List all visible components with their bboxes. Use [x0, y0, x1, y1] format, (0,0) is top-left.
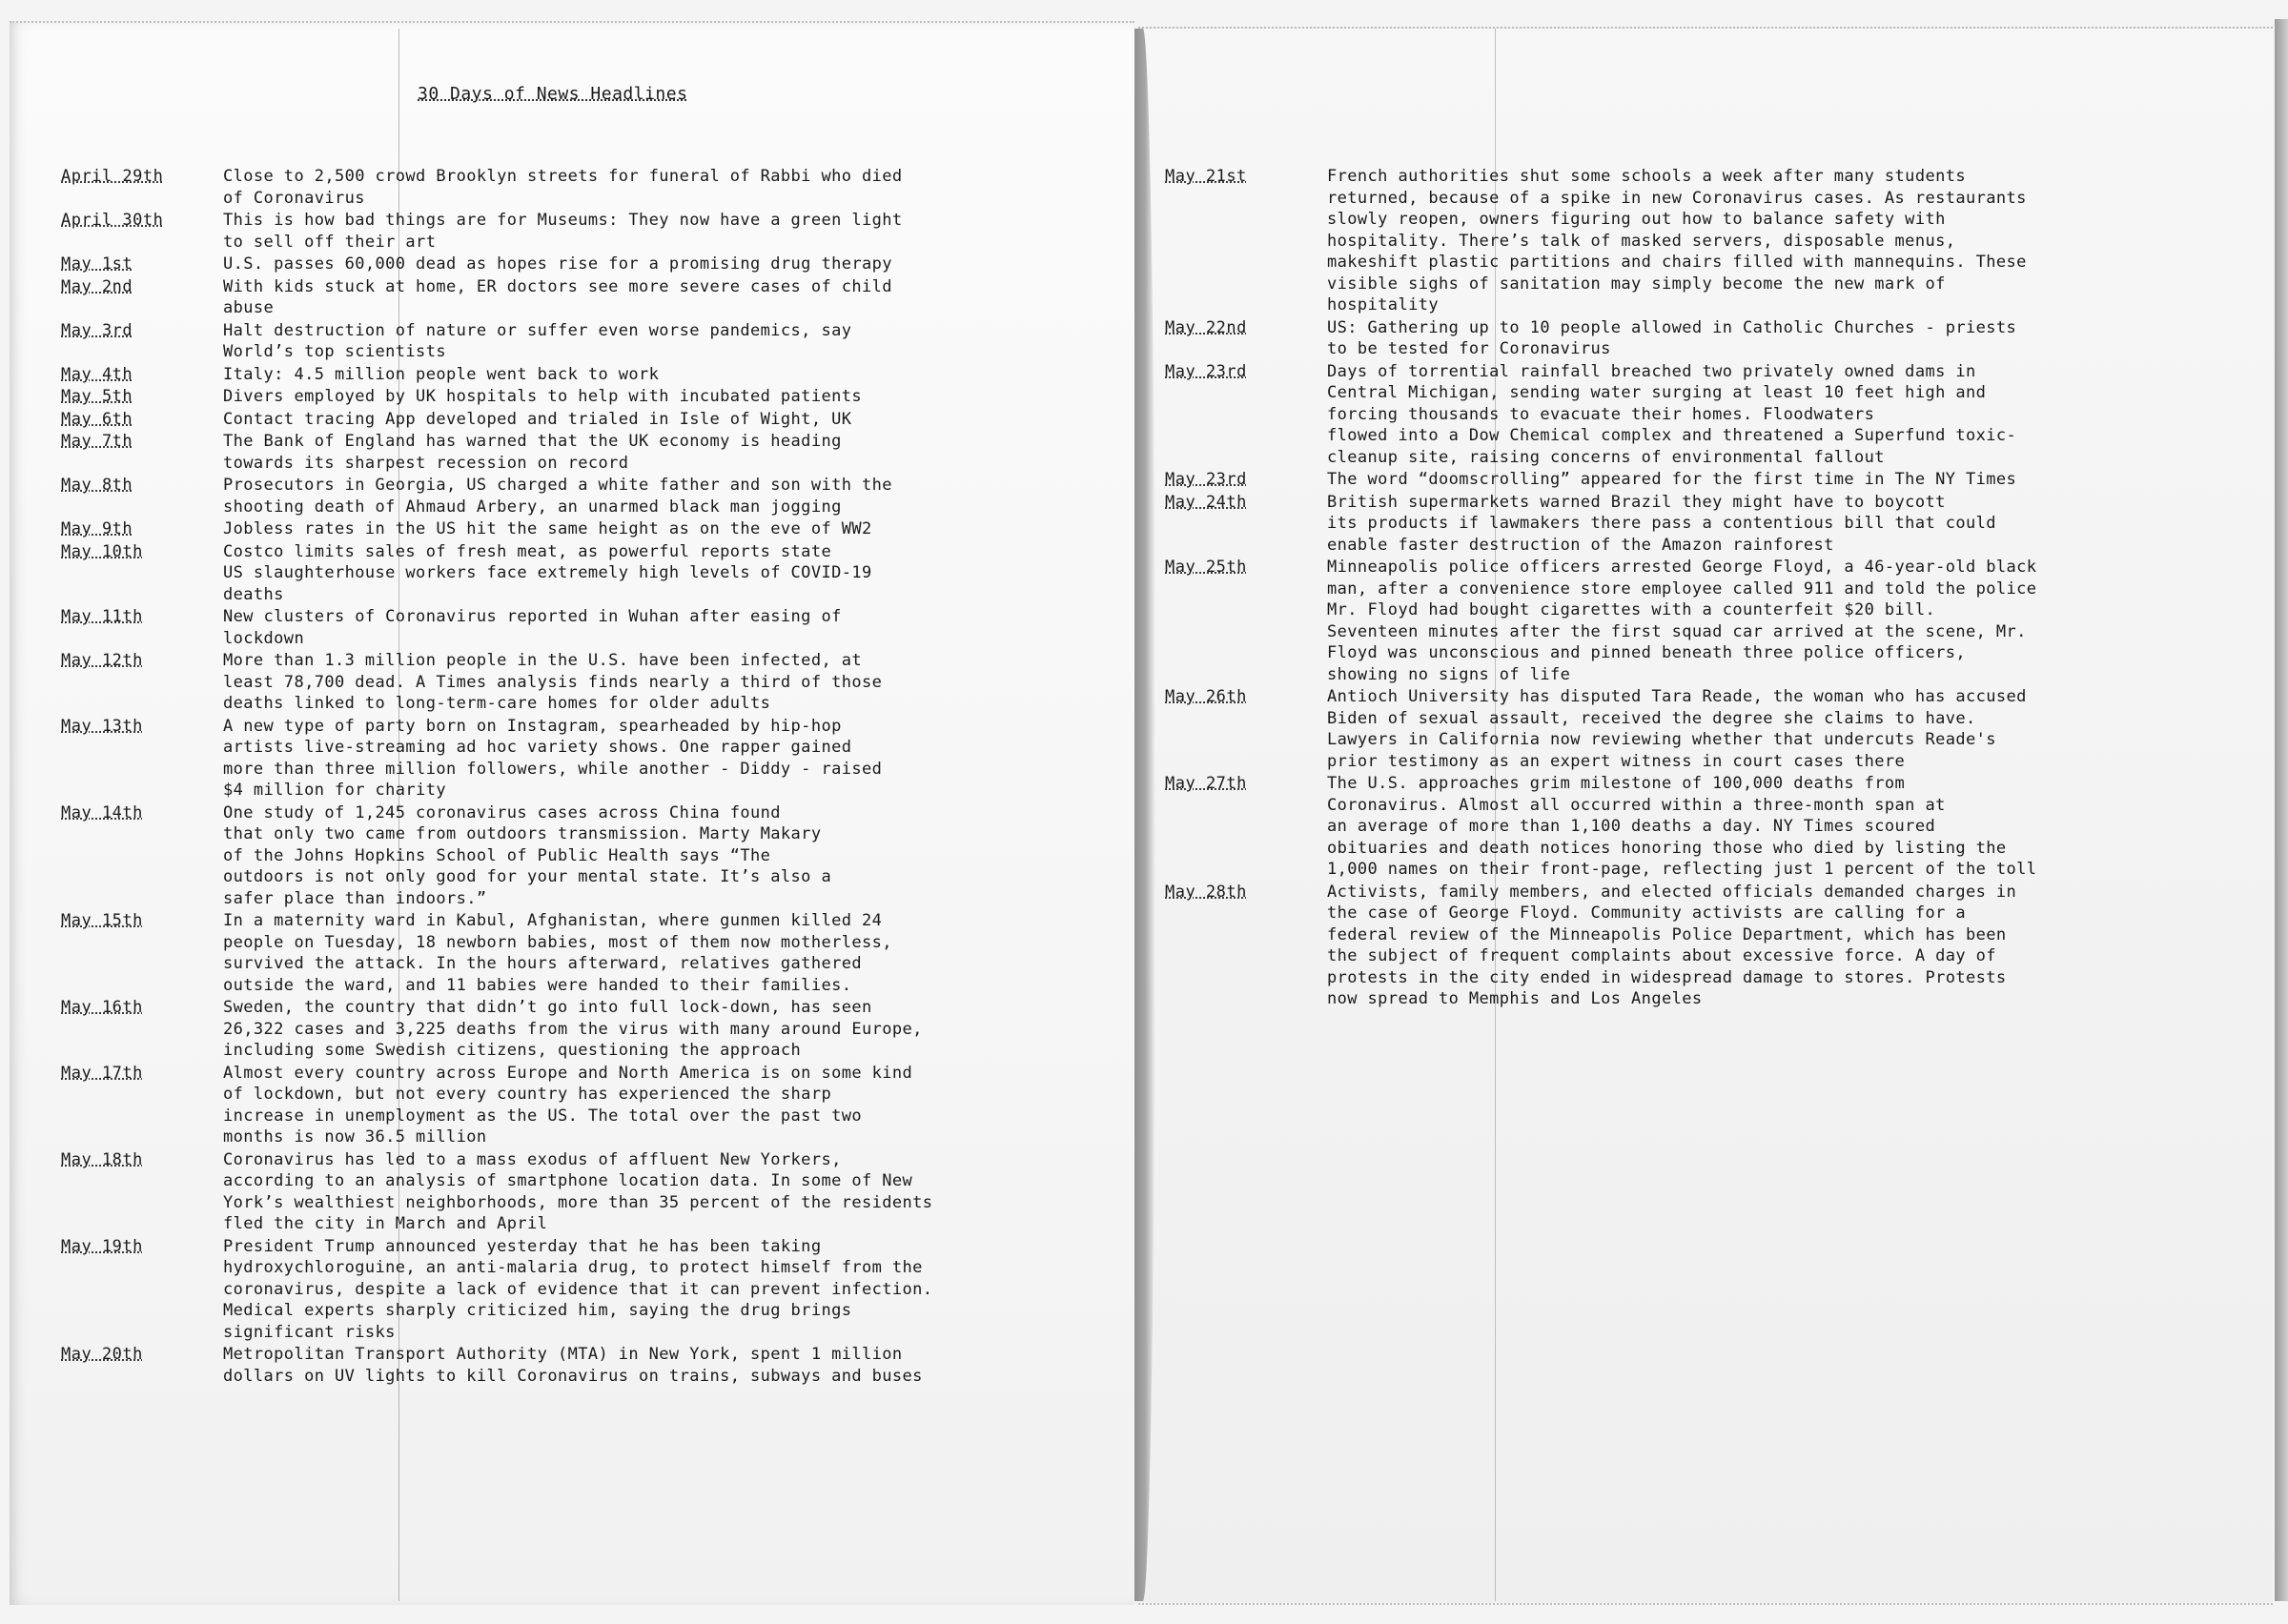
headline-text: Halt destruction of nature or suffer eve… — [223, 320, 1072, 363]
headline-entry: May 18thCoronavirus has led to a mass ex… — [61, 1149, 1072, 1235]
headline-entry: May 7thThe Bank of England has warned th… — [61, 431, 1072, 474]
headline-date: May 18th — [61, 1149, 223, 1235]
headline-entry: May 27thThe U.S. approaches grim milesto… — [1165, 773, 2233, 881]
headline-text: Close to 2,500 crowd Brooklyn streets fo… — [223, 166, 1072, 209]
headline-text: Minneapolis police officers arrested Geo… — [1327, 557, 2233, 685]
headline-date: May 23rd — [1165, 361, 1327, 469]
headline-entry: May 6thContact tracing App developed and… — [61, 409, 1072, 431]
headline-date: May 4th — [61, 364, 223, 386]
headline-date: May 8th — [61, 475, 223, 518]
headline-entry: May 24thBritish supermarkets warned Braz… — [1165, 492, 2233, 557]
headline-date: May 12th — [61, 650, 223, 715]
headline-entry: May 19thPresident Trump announced yester… — [61, 1236, 1072, 1344]
headline-entry: May 16thSweden, the country that didn’t … — [61, 997, 1072, 1062]
headline-text: Jobless rates in the US hit the same hei… — [223, 518, 1072, 540]
headline-date: May 28th — [1165, 882, 1327, 1010]
headline-text: Sweden, the country that didn’t go into … — [223, 997, 1072, 1062]
headline-date: May 5th — [61, 386, 223, 408]
headline-date: May 7th — [61, 431, 223, 474]
headline-text: New clusters of Coronavirus reported in … — [223, 606, 1072, 649]
headline-date: May 13th — [61, 716, 223, 802]
headline-text: A new type of party born on Instagram, s… — [223, 716, 1072, 802]
headline-text: British supermarkets warned Brazil they … — [1327, 492, 2233, 557]
headline-entry: May 23rdDays of torrential rainfall brea… — [1165, 361, 2233, 469]
headline-text: French authorities shut some schools a w… — [1327, 166, 2233, 316]
page-edge-shadow — [2275, 19, 2288, 1601]
headline-date: May 19th — [61, 1236, 223, 1344]
headline-entry: May 3rdHalt destruction of nature or suf… — [61, 320, 1072, 363]
headline-entry: May 25thMinneapolis police officers arre… — [1165, 557, 2233, 685]
headline-entry: May 14thOne study of 1,245 coronavirus c… — [61, 802, 1072, 910]
headline-entry: May 5thDivers employed by UK hospitals t… — [61, 386, 1072, 408]
headline-entry: May 13thA new type of party born on Inst… — [61, 716, 1072, 802]
headline-date: May 17th — [61, 1063, 223, 1148]
document-title: 30 Days of News Headlines — [418, 84, 687, 104]
headline-text: Prosecutors in Georgia, US charged a whi… — [223, 475, 1072, 518]
headline-date: April 30th — [61, 210, 223, 253]
headline-entry: May 4thItaly: 4.5 million people went ba… — [61, 364, 1072, 386]
headline-text: The Bank of England has warned that the … — [223, 431, 1072, 474]
headline-date: May 21st — [1165, 166, 1327, 316]
headline-text: More than 1.3 million people in the U.S.… — [223, 650, 1072, 715]
headline-date: May 1st — [61, 254, 223, 275]
headline-entry: April 30thThis is how bad things are for… — [61, 210, 1072, 253]
headline-date: May 11th — [61, 606, 223, 649]
headline-text: In a maternity ward in Kabul, Afghanista… — [223, 910, 1072, 996]
headline-entry: May 2ndWith kids stuck at home, ER docto… — [61, 276, 1072, 319]
headline-text: US: Gathering up to 10 people allowed in… — [1327, 317, 2233, 360]
headline-date: May 25th — [1165, 557, 1327, 685]
headline-text: One study of 1,245 coronavirus cases acr… — [223, 802, 1072, 910]
headline-entry: May 1stU.S. passes 60,000 dead as hopes … — [61, 254, 1072, 275]
headline-date: May 2nd — [61, 276, 223, 319]
headline-entry: May 26thAntioch University has disputed … — [1165, 686, 2233, 772]
headline-date: May 16th — [61, 997, 223, 1062]
headline-text: Antioch University has disputed Tara Rea… — [1327, 686, 2233, 772]
headline-entry: May 20thMetropolitan Transport Authority… — [61, 1344, 1072, 1387]
headline-entry: May 8thProsecutors in Georgia, US charge… — [61, 475, 1072, 518]
headline-entry: April 29thClose to 2,500 crowd Brooklyn … — [61, 166, 1072, 209]
headline-date: May 6th — [61, 409, 223, 431]
left-entries-list: April 29thClose to 2,500 crowd Brooklyn … — [61, 166, 1072, 1388]
headline-entry: May 17thAlmost every country across Euro… — [61, 1063, 1072, 1148]
headline-date: May 15th — [61, 910, 223, 996]
right-entries-list: May 21stFrench authorities shut some sch… — [1165, 166, 2233, 1011]
headline-entry: May 21stFrench authorities shut some sch… — [1165, 166, 2233, 316]
headline-text: Divers employed by UK hospitals to help … — [223, 386, 1072, 408]
headline-date: May 22nd — [1165, 317, 1327, 360]
headline-entry: May 11thNew clusters of Coronavirus repo… — [61, 606, 1072, 649]
headline-date: May 10th — [61, 541, 223, 606]
headline-date: May 3rd — [61, 320, 223, 363]
headline-entry: May 10thCostco limits sales of fresh mea… — [61, 541, 1072, 606]
headline-entry: May 12thMore than 1.3 million people in … — [61, 650, 1072, 715]
headline-text: Activists, family members, and elected o… — [1327, 882, 2233, 1010]
headline-entry: May 15thIn a maternity ward in Kabul, Af… — [61, 910, 1072, 996]
headline-text: With kids stuck at home, ER doctors see … — [223, 276, 1072, 319]
headline-date: May 26th — [1165, 686, 1327, 772]
headline-date: May 23rd — [1165, 469, 1327, 491]
headline-entry: May 28thActivists, family members, and e… — [1165, 882, 2233, 1010]
headline-entry: May 23rdThe word “doomscrolling” appeare… — [1165, 469, 2233, 491]
headline-text: The word “doomscrolling” appeared for th… — [1327, 469, 2233, 491]
headline-text: Metropolitan Transport Authority (MTA) i… — [223, 1344, 1072, 1387]
headline-text: President Trump announced yesterday that… — [223, 1236, 1072, 1344]
headline-date: May 9th — [61, 518, 223, 540]
headline-text: Costco limits sales of fresh meat, as po… — [223, 541, 1072, 606]
headline-entry: May 9thJobless rates in the US hit the s… — [61, 518, 1072, 540]
headline-date: May 24th — [1165, 492, 1327, 557]
headline-text: The U.S. approaches grim milestone of 10… — [1327, 773, 2233, 881]
headline-text: Days of torrential rainfall breached two… — [1327, 361, 2233, 469]
headline-date: May 20th — [61, 1344, 223, 1387]
headline-entry: May 22ndUS: Gathering up to 10 people al… — [1165, 317, 2233, 360]
headline-text: Italy: 4.5 million people went back to w… — [223, 364, 1072, 386]
headline-text: Almost every country across Europe and N… — [223, 1063, 1072, 1148]
headline-text: This is how bad things are for Museums: … — [223, 210, 1072, 253]
headline-text: U.S. passes 60,000 dead as hopes rise fo… — [223, 254, 1072, 275]
headline-date: April 29th — [61, 166, 223, 209]
headline-date: May 27th — [1165, 773, 1327, 881]
headline-date: May 14th — [61, 802, 223, 910]
headline-text: Coronavirus has led to a mass exodus of … — [223, 1149, 1072, 1235]
headline-text: Contact tracing App developed and triale… — [223, 409, 1072, 431]
